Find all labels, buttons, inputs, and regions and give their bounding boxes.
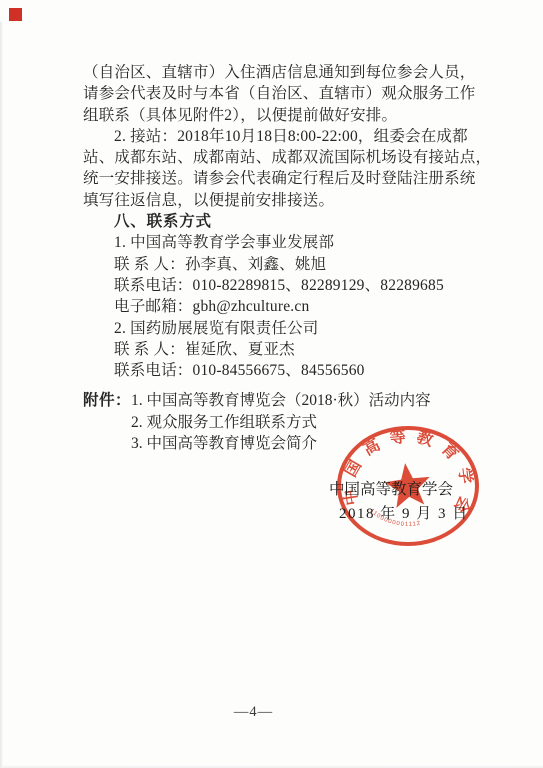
attachment-item: 1. 中国高等教育博览会（2018·秋）活动内容 bbox=[131, 392, 431, 409]
page-number: —4— bbox=[0, 704, 507, 721]
text-line: 站、成都东站、成都南站、成都双流国际机场设有接站点， bbox=[83, 147, 473, 168]
text-line: 电子邮箱：gbh@zhculture.cn bbox=[83, 296, 473, 317]
section-heading: 八、联系方式 bbox=[83, 211, 473, 232]
text-line: 2. 国药励展展览有限责任公司 bbox=[83, 318, 473, 339]
corner-mark bbox=[9, 8, 22, 21]
scan-edge-shadow-left bbox=[0, 22, 3, 768]
signature-date: 2018 年 9 月 3 日 bbox=[339, 502, 459, 523]
text-line: （自治区、直辖市）入住酒店信息通知到每位参会人员， bbox=[83, 62, 473, 83]
text-line: 1. 中国高等教育学会事业发展部 bbox=[83, 232, 473, 253]
document-page: （自治区、直辖市）入住酒店信息通知到每位参会人员，请参会代表及时与本省（自治区、… bbox=[0, 0, 543, 768]
text-line: 联系电话：010-82289815、82289129、82289685 bbox=[83, 275, 473, 296]
attachments-label: 附件： bbox=[83, 392, 131, 409]
text-line: 统一安排接送。请参会代表确定行程后及时登陆注册系统 bbox=[83, 168, 473, 189]
text-line: 填写往返信息，以便提前安排接送。 bbox=[83, 190, 473, 211]
attachment-row: 附件：1. 中国高等教育博览会（2018·秋）活动内容 bbox=[83, 390, 503, 412]
text-line: 组联系（具体见附件2），以便提前做好安排。 bbox=[83, 105, 473, 126]
text-line: 2. 接站：2018年10月18日8:00-22:00，组委会在成都 bbox=[83, 126, 473, 147]
signature-org: 中国高等教育学会 bbox=[329, 477, 459, 499]
text-line: 联系电话：010-84556675、84556560 bbox=[83, 360, 473, 381]
body-text: （自治区、直辖市）入住酒店信息通知到每位参会人员，请参会代表及时与本省（自治区、… bbox=[83, 62, 473, 381]
text-line: 联 系 人：孙李真、刘鑫、姚旭 bbox=[83, 254, 473, 275]
text-line: 请参会代表及时与本省（自治区、直辖市）观众服务工作 bbox=[83, 83, 473, 104]
text-line: 联 系 人：崔延欣、夏亚杰 bbox=[83, 339, 473, 360]
